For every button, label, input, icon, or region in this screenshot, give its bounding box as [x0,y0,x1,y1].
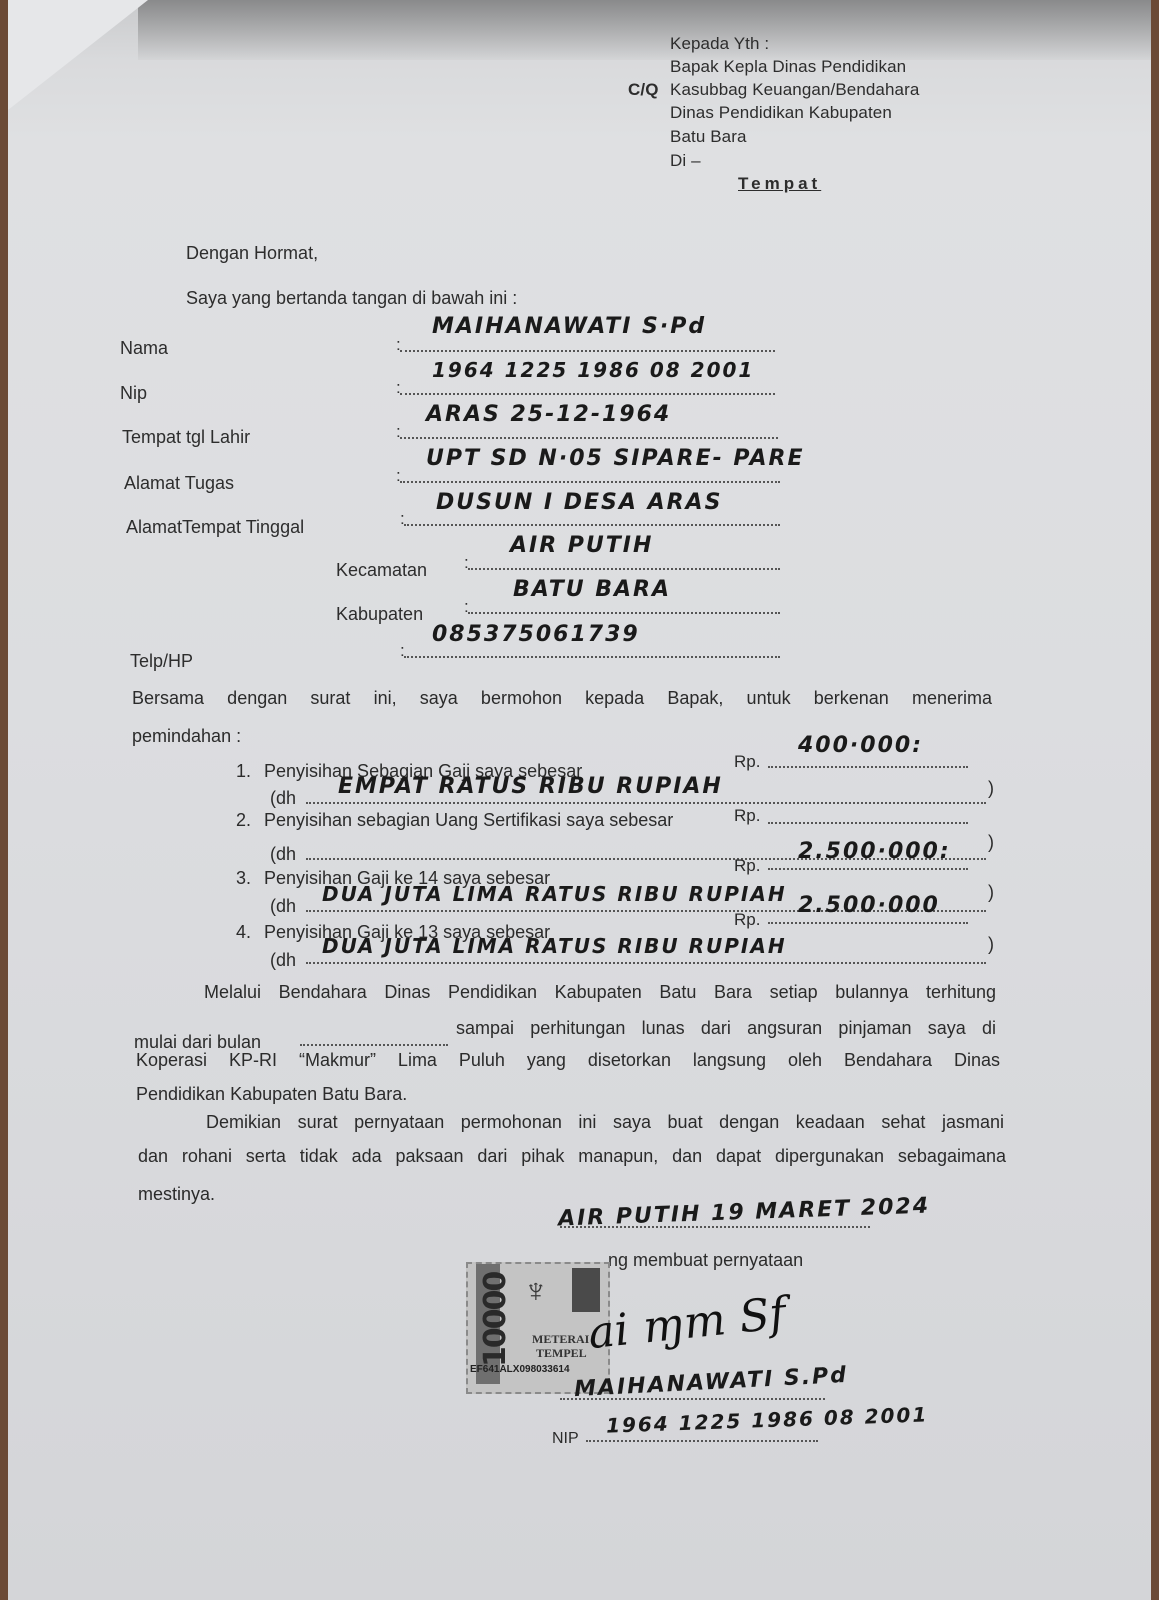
item-4-close: ) [988,930,994,959]
ttl-value: ARAS 25-12-1964 [426,402,671,427]
recipient-line-6: Di – [670,151,701,171]
nip-dotted-line [400,393,775,395]
item-3-dh-label: (dh [270,892,296,921]
item-1-amount: 400·000: [798,733,923,758]
ttl-dotted-line [400,437,778,439]
nip-label-bottom: NIP [552,1424,579,1453]
recipient-line-4: Dinas Pendidikan Kabupaten [670,103,892,123]
item-3-rp-label: Rp. [734,856,760,876]
recipient-line-1: Kepada Yth : [670,34,769,54]
alamat-tugas-dotted-line [400,481,780,483]
item-4-dh-label: (dh [270,946,296,975]
nip-value: 1964 1225 1986 08 2001 [432,358,754,382]
nip-bottom-value: 1964 1225 1986 08 2001 [606,1402,929,1437]
para2-line-1: Melalui Bendahara Dinas Pendidikan Kabup… [204,978,996,1007]
telp-dotted-line [404,656,780,658]
item-1-close: ) [988,774,994,803]
nama-value: MAIHANAWATI S·Pd [432,314,706,339]
kecamatan-dotted-line [468,568,780,570]
nama-dotted-line [400,350,775,352]
garuda-emblem-icon: ♆ [523,1272,549,1311]
recipient-place: Tempat [738,174,821,194]
intro-text: Saya yang bertanda tangan di bawah ini : [186,288,517,309]
item-3-amount: 2.500·000: [798,839,951,864]
item-3-number: 3. [236,864,251,893]
alamat-tinggal-value: DUSUN I DESA ARAS [436,490,722,515]
ttl-label: Tempat tgl Lahir [122,427,250,448]
colon: : [464,597,469,617]
stamp-label-1: METERAI [532,1332,589,1347]
kabupaten-value: BATU BARA [513,577,671,602]
item-1-amount-dotted-line [768,766,968,768]
colon: : [396,378,401,398]
para3-line-3: mestinya. [138,1180,215,1209]
kabupaten-label: Kabupaten [336,604,423,625]
colon: : [400,509,405,529]
folded-corner [8,0,148,110]
place-date-dotted-line [560,1226,870,1228]
stamp-dark-block [572,1268,600,1312]
alamat-tinggal-label: AlamatTempat Tinggal [126,517,304,538]
maker-label: ng membuat pernyataan [608,1246,803,1275]
para3-line-2: dan rohani serta tidak ada paksaan dari … [138,1142,1006,1171]
item-3-close: ) [988,878,994,907]
item-2-amount-dotted-line [768,822,968,824]
para2-line-2b: sampai perhitungan lunas dari angsuran p… [456,1014,996,1043]
alamat-tugas-value: UPT SD N·05 SIPARE- PARE [426,446,804,471]
stamp-label-2: TEMPEL [536,1346,587,1361]
alamat-tinggal-dotted-line [404,524,780,526]
para2-line-4: Pendidikan Kabupaten Batu Bara. [136,1080,407,1109]
kabupaten-dotted-line [468,612,780,614]
item-4-words: DUA JUTA LIMA RATUS RIBU RUPIAH [322,934,787,958]
stamp-value: 10000 [478,1272,518,1367]
item-2-close: ) [988,828,994,857]
request-paragraph-line-2: pemindahan : [132,722,241,751]
colon: : [396,466,401,486]
colon: : [464,553,469,573]
request-paragraph-line-1: Bersama dengan surat ini, saya bermohon … [132,684,992,713]
colon: : [396,335,401,355]
item-1-words-dotted-line [306,802,986,804]
alamat-tugas-label: Alamat Tugas [124,473,234,494]
greeting: Dengan Hormat, [186,243,318,264]
colon: : [396,422,401,442]
item-1-words: EMPAT RATUS RIBU RUPIAH [338,774,723,799]
item-4-words-dotted-line [306,962,986,964]
telp-label: Telp/HP [130,651,193,672]
item-3-amount-dotted-line [768,868,968,870]
item-4-amount-dotted-line [768,922,968,924]
kecamatan-label: Kecamatan [336,560,427,581]
para3-line-1: Demikian surat pernyataan permohonan ini… [206,1108,1004,1137]
item-1-rp-label: Rp. [734,752,760,772]
telp-value: 085375061739 [432,622,640,647]
signature: ai ɱm Sf [586,1288,788,1359]
item-4-rp-label: Rp. [734,910,760,930]
colon: : [400,641,405,661]
para2-line-3: Koperasi KP-RI “Makmur” Lima Puluh yang … [136,1046,1000,1075]
nama-label: Nama [120,338,168,359]
item-2-rp-label: Rp. [734,806,760,826]
recipient-line-2: Bapak Kepla Dinas Pendidikan [670,57,906,77]
item-3-words: DUA JUTA LIMA RATUS RIBU RUPIAH [322,882,787,906]
item-4-amount: 2.500·000 [798,893,940,918]
kecamatan-value: AIR PUTIH [510,533,653,558]
stamp-serial: EF641ALX098033614 [470,1364,570,1375]
recipient-line-5: Batu Bara [670,127,747,147]
signer-name: MAIHANAWATI S.Pd [574,1363,849,1402]
item-1-number: 1. [236,757,251,786]
item-2-text: Penyisihan sebagian Uang Sertifikasi say… [264,806,673,835]
cq-prefix: C/Q [628,80,659,100]
nip-label: Nip [120,383,147,404]
letter-page: Kepada Yth : Bapak Kepla Dinas Pendidika… [8,0,1151,1600]
item-2-number: 2. [236,806,251,835]
recipient-line-3: Kasubbag Keuangan/Bendahara [670,80,919,100]
nip-bottom-dotted-line [586,1440,818,1442]
item-4-number: 4. [236,918,251,947]
signer-name-dotted-line [560,1398,825,1400]
